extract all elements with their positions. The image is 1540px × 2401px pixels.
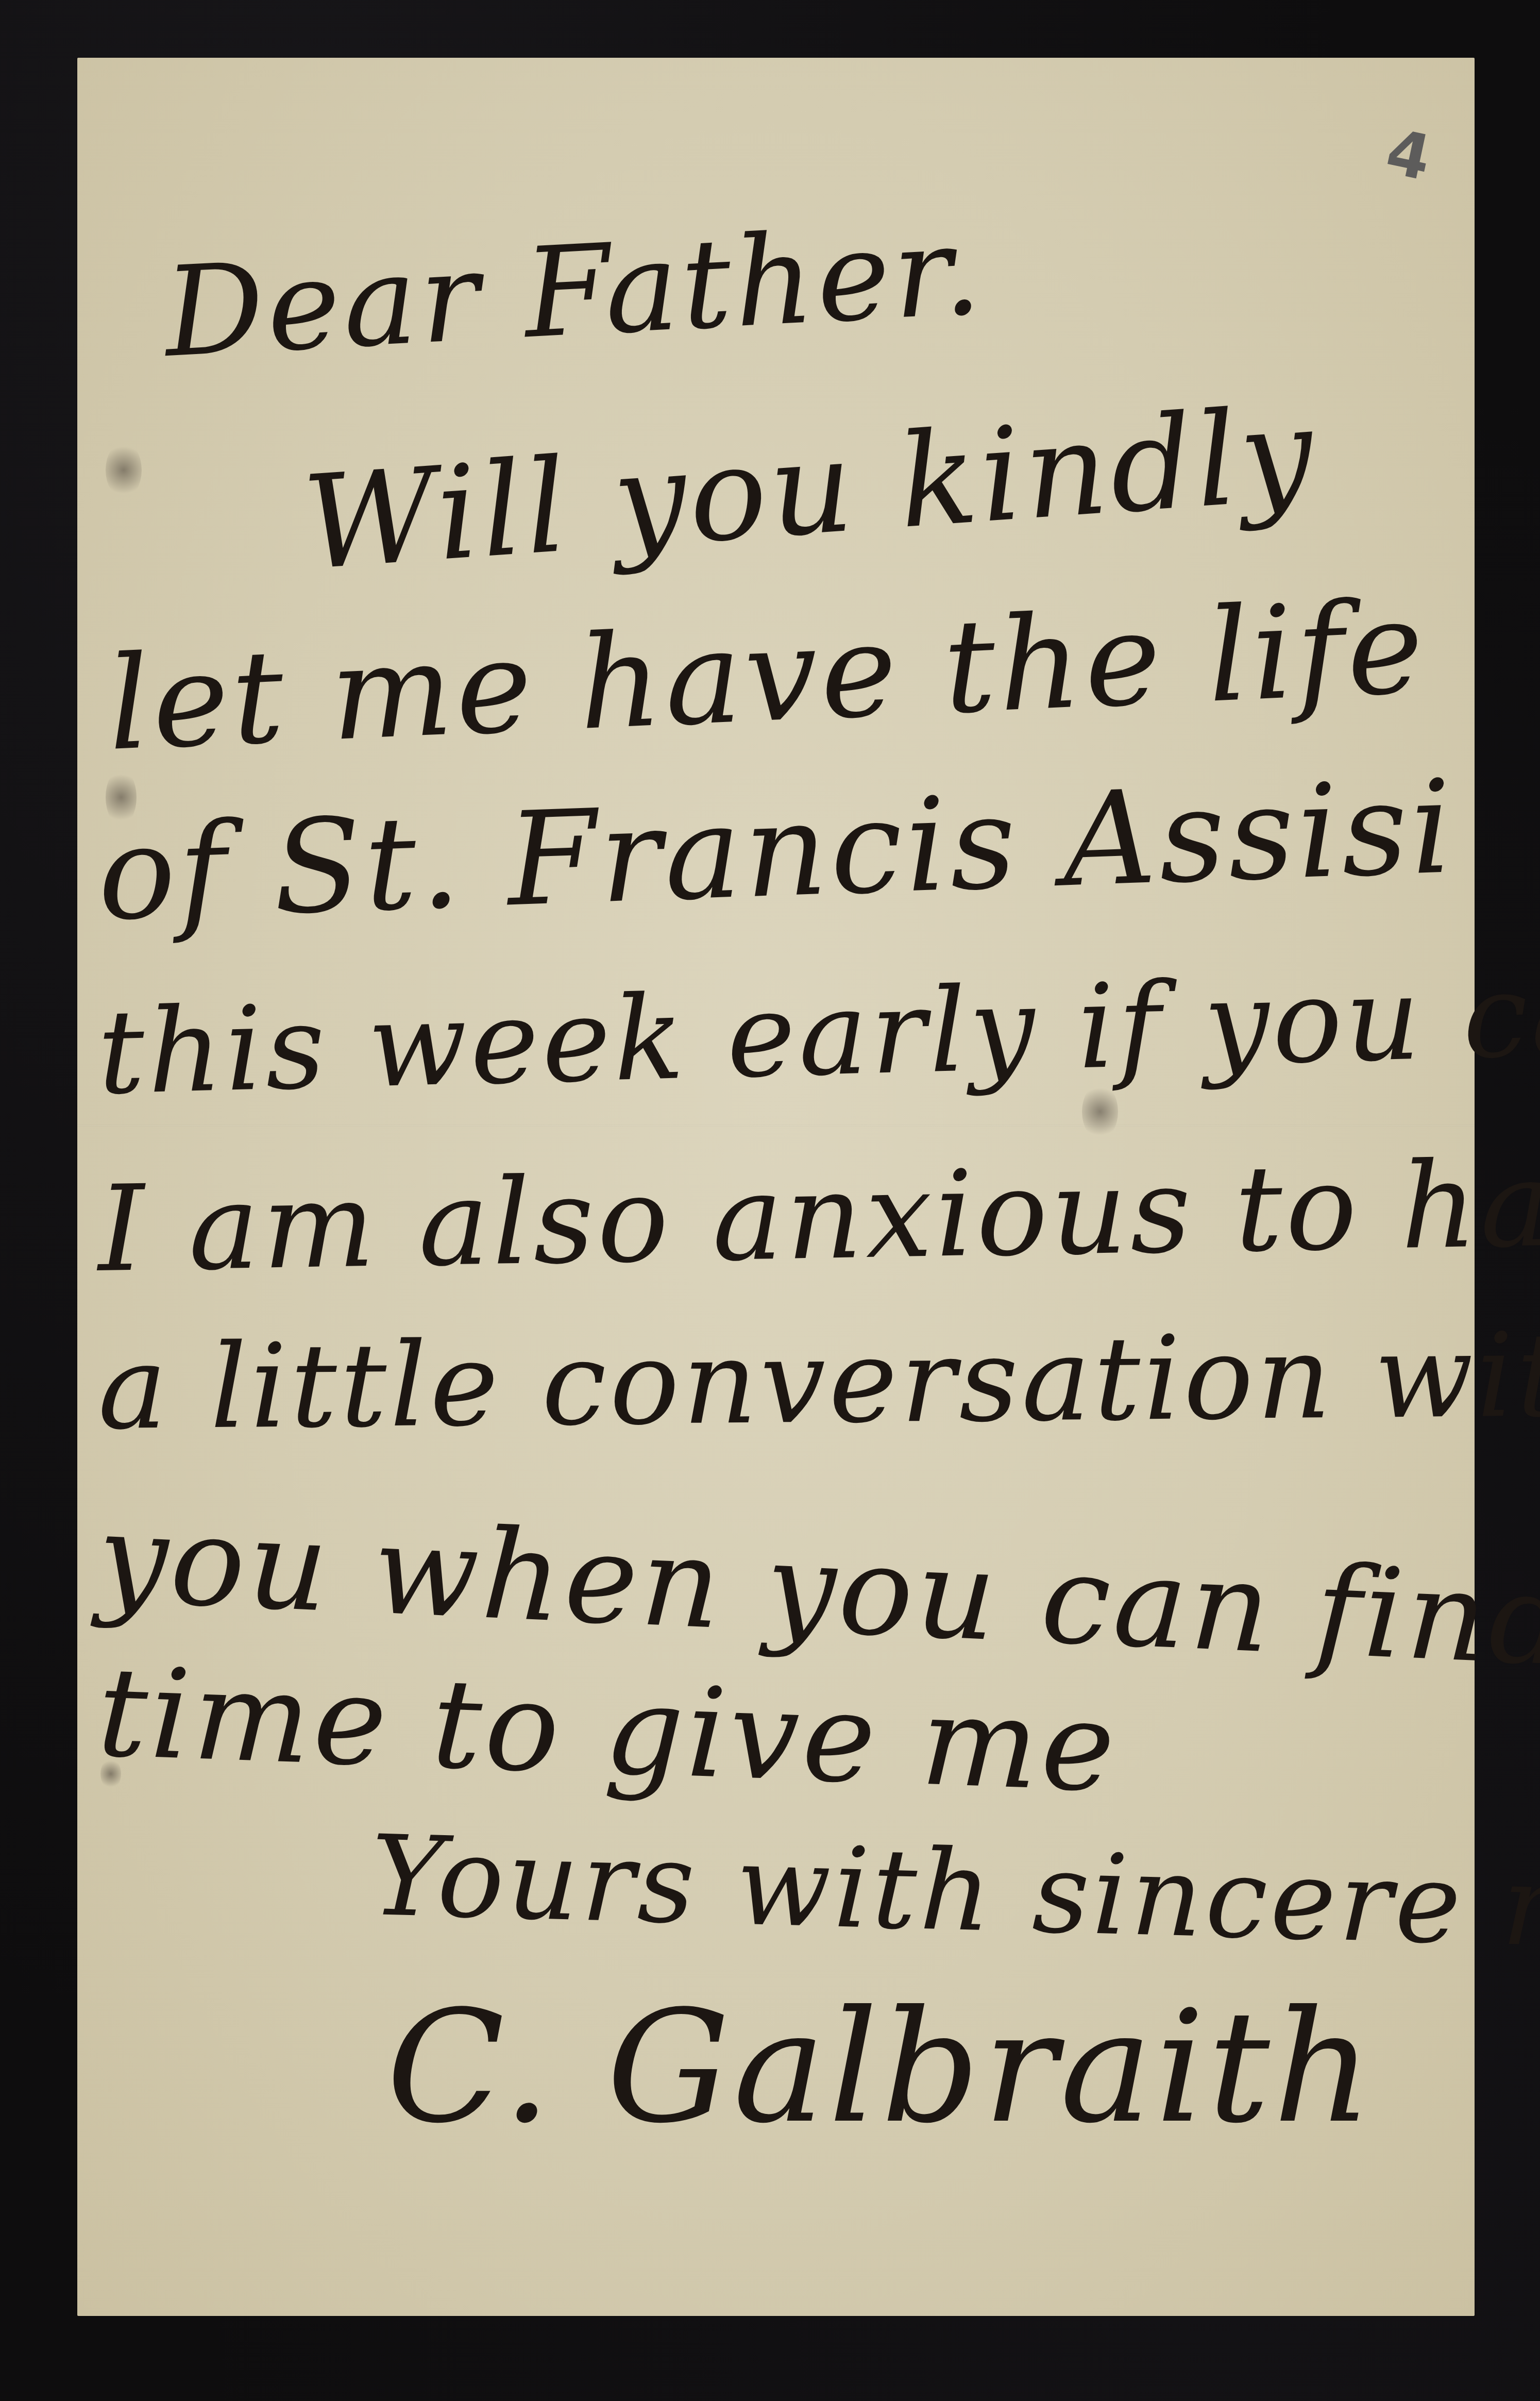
letter-body-line: let me have the life (106, 582, 1429, 768)
letter-body-line: time to give me (96, 1650, 1120, 1809)
letter-body-line: this week early if you can (96, 954, 1540, 1112)
letter-body-line: Will you kindly (299, 389, 1319, 589)
letter-salutation: Dear Father. (162, 208, 987, 375)
letter-body-line: a little conversation with (97, 1317, 1540, 1447)
letter-signature: C. Galbraith (386, 1990, 1376, 2145)
page-number-mark: 4 (1380, 116, 1437, 195)
letter-sheet: 4 Dear Father. Will you kindly let me ha… (77, 58, 1475, 2316)
letter-body-line: of St. Francis Assisi (96, 763, 1457, 939)
letter-closing: Yours with sincere respect (369, 1820, 1540, 1972)
letter-body-line: I am also anxious to have (97, 1143, 1540, 1289)
ink-smudge (106, 442, 142, 498)
